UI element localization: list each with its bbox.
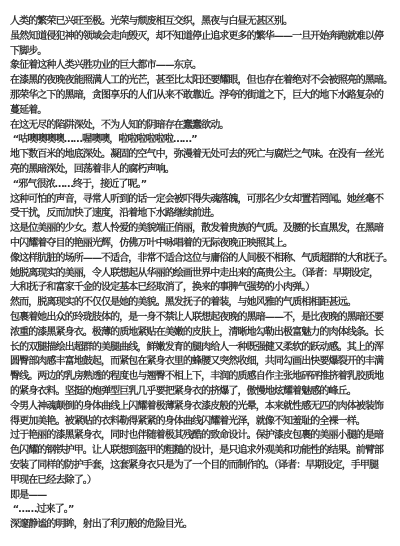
text-line: 深邃静谧的明眸，射出了利刃般的危险目光。	[10, 518, 391, 533]
text-line: 长的双腿描绘出超群的美腿曲线，鲜嫩发育的腿肉给人一种既强健又柔软的跃动感。其上的…	[10, 341, 391, 356]
text-line: 那荣华之下的黑暗，贪图享乐的人们从来不敢靠近。浮夸的街道之下，巨大的地下水路复杂…	[10, 89, 391, 104]
text-line: 令男人神魂颠倒的身体曲线上闪耀着极薄紧身衣漆皮般的光晕，本来就性感无匹的肉体被装…	[10, 400, 391, 415]
text-line: 在漆黑的夜晚夜能照满人工的光芒，甚至比太阳还要耀眼，但也存在着绝对不会被照亮的黑…	[10, 74, 391, 89]
text-line: 浓重的漆黑紧身衣。极薄的质地紧贴在美嫩的皮肤上，清晰地勾勒出极富魅力的肉体线条。…	[10, 326, 391, 341]
text-line: 即是——	[10, 489, 391, 504]
text-line: 这是位美丽的少女。惹人怜爱的美貌端正俏丽，散发着贵族的气质。及腰的长直黑发，在黑…	[10, 222, 391, 237]
text-line: 蔓延着。	[10, 104, 391, 119]
text-line: 臀线。两边的乳房熟透的程度也与翘臀不相上下，丰润的质感自作主张地砰砰推挤着乳胶质…	[10, 370, 391, 385]
text-line: 下脚步。	[10, 45, 391, 60]
text-line: 过于艳丽的漆黑紧身衣，同时也伴随着极其残酷的致命设计。保护漆皮包裹的美丽小腿的是…	[10, 429, 391, 444]
text-line: 受干扰，反而加快了速度，沿着地下水路继续前进。	[10, 207, 391, 222]
text-line: 大和抚子和富家千金的设定基本已经取消了，换来的事脾气强势的小肉弹。）	[10, 281, 391, 296]
text-line: 这种可怕的声音，寻常人听到的话一定会被吓得失魂落魄，可那名少女却置若罔闻。她丝毫…	[10, 193, 391, 208]
text-line: 甲现在已经去除了。）	[10, 474, 391, 489]
dialogue-line: “邪气很浓……终于，接近了呢。”	[10, 178, 391, 193]
text-line: 人类的繁荣已兴旺至极。光荣与颓废相互交织，黑夜与白昼无甚区别。	[10, 15, 391, 30]
text-line: 圆臀部肉感丰富地鼓起，而紧包在紧身衣里的蜂腰又突然收细，共同勾画出快要爆裂开的丰…	[10, 355, 391, 370]
text-line: 在这无尽的陷阱深处，不为人知的阴暗存在蠢蠢欲动。	[10, 119, 391, 134]
dialogue-line: “……过来了。”	[10, 503, 391, 518]
text-line: 象征着这种人类兴胜功业的巨大都市——东京。	[10, 59, 391, 74]
novel-text-page: 人类的繁荣已兴旺至极。光荣与颓废相互交织，黑夜与白昼无甚区别。 虽然知道侵犯神的…	[0, 0, 400, 546]
text-line: 然而，脱离现实的不仅仅是她的美貌。黑发抚子的着装，与她风雅的气质相相距甚远。	[10, 296, 391, 311]
dialogue-line: “咕噢噢噢噢……喔噢噢，啦啦啦啦啦啦……”	[10, 133, 391, 148]
text-line: 色闪耀的钢铁护甲。让人联想到盔甲的粗糙的设计，是只追求外观美和功能性的结果。前臂…	[10, 444, 391, 459]
text-line: 虽然知道侵犯神的领域会走向毁灭，却不知道停止追求更多的繁华——一旦开始奔跑就难以…	[10, 30, 391, 45]
text-line: 的紧身衣料。坚挺的炮弹型巨乳几乎要把紧身衣的挤爆了，傲慢地炫耀着魅感的峰丘。	[10, 385, 391, 400]
text-line: 她脱离现实的美丽，令人联想起从华丽的绘画世界中走出来的高贵公主。（译者：早期设定…	[10, 267, 391, 282]
text-line: 安装了同样的防护手套，这套紧身衣只是为了一个目的而制作的。（译者：早期设定，手甲…	[10, 459, 391, 474]
text-line: 中闪耀着夺目的艳丽光辉，仿佛万叶中咏唱着的无际夜晚正映照其上。	[10, 237, 391, 252]
text-line: 亮的黑暗深处，回荡着非人的腐朽声响。	[10, 163, 391, 178]
text-line: 包裹着她出众的玲珑肢体的，是一身不禁让人联想起夜晚的黑暗——不，是比夜晚的黑暗还…	[10, 311, 391, 326]
text-line: 像这样肮脏的场所——不适合，非常不适合这位与庸俗的人间极不相称、气质超群的大和抚…	[10, 252, 391, 267]
text-line: 得更加美艳。被紧贴的衣料勒得紧紧的身体曲线闪耀着光泽，就像不知羞耻的全裸一样。	[10, 415, 391, 430]
text-line: 地下数百米的地底深处。凝固的空气中，弥漫着无处可去的死亡与腐烂之气味。在没有一丝…	[10, 148, 391, 163]
